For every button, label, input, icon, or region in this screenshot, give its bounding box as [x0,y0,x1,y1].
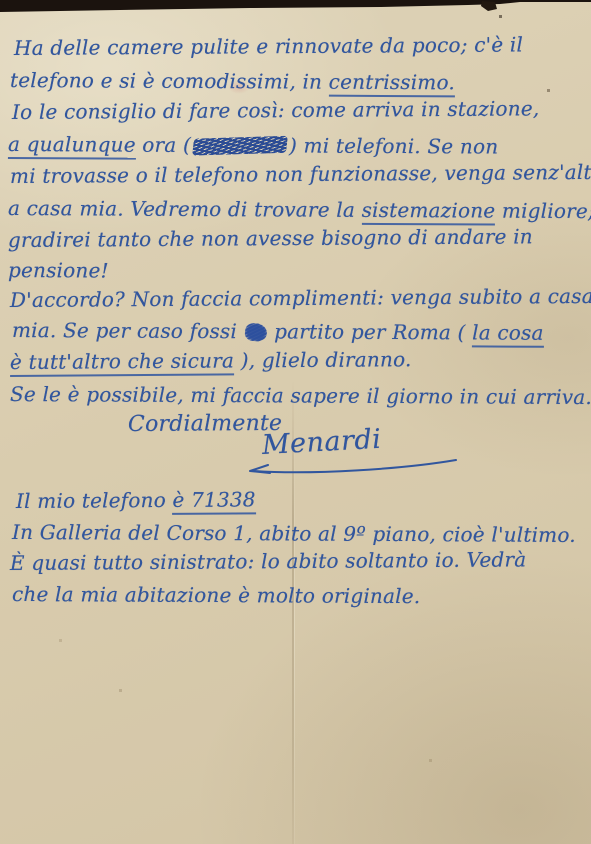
letter-line: pensione! [8,258,109,283]
text-segment: migliore; [495,199,591,224]
letter-line: Ha delle camere pulite e rinnovate da po… [14,32,523,60]
letter-line: gradirei tanto che non avesse bisogno di… [8,224,533,252]
text-segment: Cordialmente [128,411,282,437]
text-segment: mi trovasse o il telefono non funzionass… [10,160,591,188]
text-segment: mia. Se per caso fossi [12,318,244,343]
scribble-redaction [192,136,288,156]
text-segment: telefono e si è comodissimi, in [10,68,329,94]
paper-background [0,0,591,844]
text-segment: Se le è possibile, mi faccia sapere il g… [10,382,591,409]
letter-photograph: Ha delle camere pulite e rinnovate da po… [0,0,591,844]
letter-line: mia. Se per caso fossi partito per Roma … [12,318,544,345]
text-segment: che la mia abitazione è molto originale. [12,582,420,608]
fold-crease-highlight [294,420,295,844]
text-segment: Il mio telefono [16,488,173,513]
text-segment: partito per Roma ( [268,319,473,344]
letter-line: Se le è possibile, mi faccia sapere il g… [10,382,591,409]
underlined-text: sistemazione [362,198,496,226]
letter-line: È quasi tutto sinistrato: lo abito solta… [10,547,526,575]
address-line: In Galleria del Corso 1, abito al 9º pia… [12,520,576,547]
letter-line: che la mia abitazione è molto originale. [12,582,420,608]
underlined-text: centrissimo. [329,70,455,98]
underlined-text: la cosa [472,320,544,347]
scribble-blot [244,322,268,342]
text-segment: In Galleria del Corso 1, abito al 9º pia… [12,520,576,547]
phone-line: Il mio telefono è 71338 [16,487,256,513]
letter-line: a casa mia. Vedremo di trovare la sistem… [8,196,591,223]
text-segment: ora ( [136,133,191,157]
text-segment: Io le consiglio di fare così: come arriv… [12,96,540,124]
text-segment: Ha delle camere pulite e rinnovate da po… [14,32,523,60]
text-segment: ) mi telefoni. Se non [289,133,498,158]
underlined-text: a qualunque [8,132,136,160]
text-segment: gradirei tanto che non avesse bisogno di… [8,224,533,252]
letter-line: Io le consiglio di fare così: come arriv… [12,96,540,124]
dark-top-edge [0,0,591,16]
underlined-text: è tutt'altro che sicura [10,348,234,377]
closing-salutation: Cordialmente [128,411,282,437]
text-segment: È quasi tutto sinistrato: lo abito solta… [10,547,526,575]
letter-line: è tutt'altro che sicura ), glielo dirann… [10,347,412,374]
phone-number: è 71338 [172,487,255,515]
letter-line: mi trovasse o il telefono non funzionass… [10,160,591,188]
text-segment: pensione! [8,258,109,283]
letter-line: a qualunque ora () mi telefoni. Se non [8,132,498,159]
signature-underline-flourish [238,456,466,480]
letter-line: telefono e si è comodissimi, in centriss… [10,68,455,94]
text-segment: D'accordo? Non faccia complimenti: venga… [10,284,591,312]
letter-line: D'accordo? Non faccia complimenti: venga… [10,284,591,312]
text-segment: a casa mia. Vedremo di trovare la [8,196,362,222]
text-segment: ), glielo diranno. [234,347,412,372]
